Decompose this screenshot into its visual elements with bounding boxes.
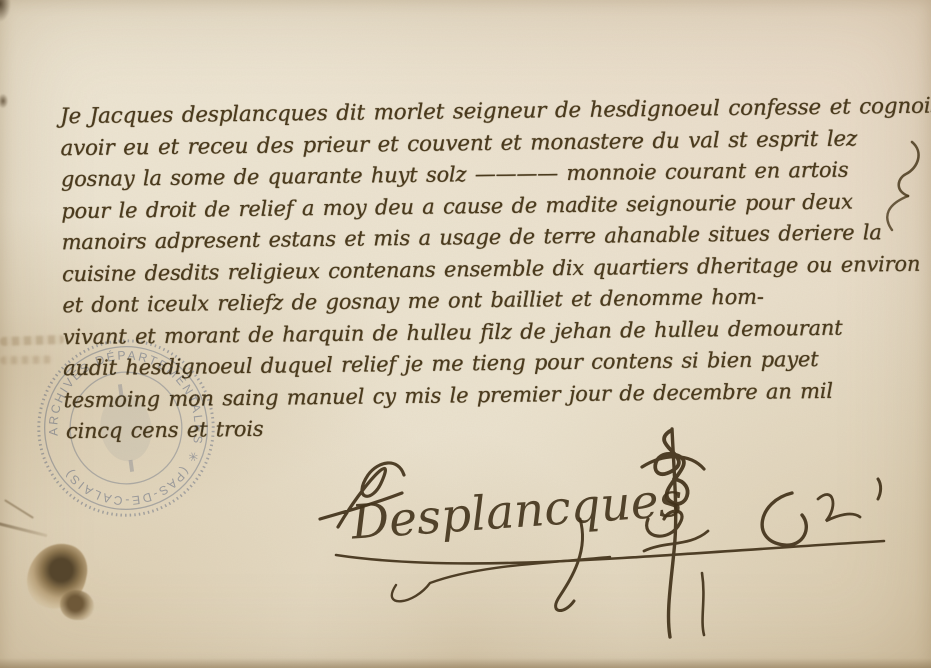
margin-flourish: [878, 138, 926, 238]
archive-stamp: ARCHIVES DÉPARTEMENTALES ✳ (PAS-DE-CALAI…: [28, 330, 224, 526]
edge-speck: [0, 94, 8, 108]
signature-name: Desplancques: [349, 473, 685, 551]
manuscript-photo: Je Jacques desplancques dit morlet seign…: [0, 0, 931, 668]
paper-stain: [60, 590, 94, 620]
corner-stain: [0, 0, 11, 22]
signature-block: Desplancques: [318, 423, 924, 668]
